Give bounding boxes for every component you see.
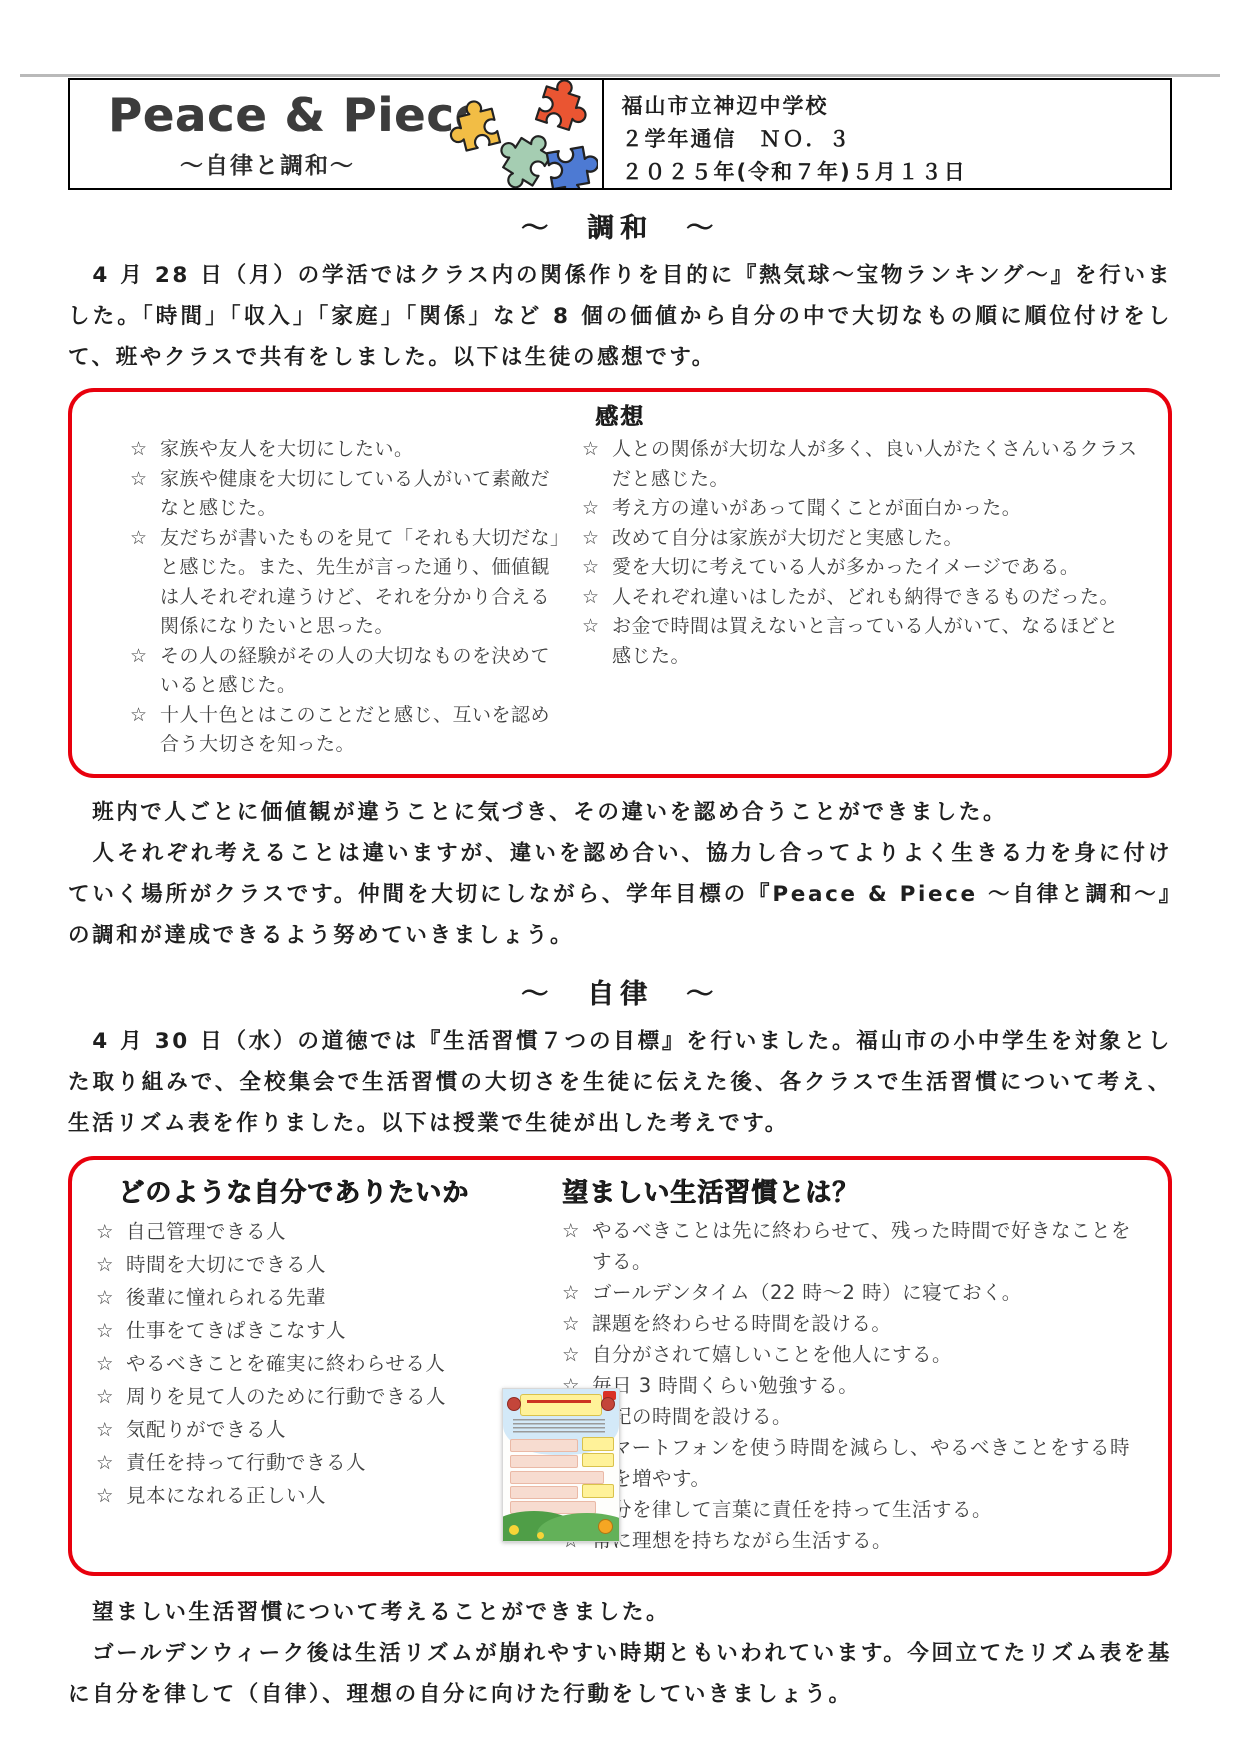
comment-text: やるべきことを確実に終わらせる人: [126, 1347, 516, 1380]
poster-flower: [509, 1525, 519, 1535]
issue-number: ２学年通信 ＮＯ．３: [622, 123, 1171, 156]
student-comment-item: ☆後輩に憧れられる先輩: [96, 1281, 516, 1314]
poster-goal-row: [510, 1439, 578, 1452]
poster-character-right: [601, 1397, 615, 1411]
poster-goal-row: [510, 1486, 578, 1499]
star-bullet-icon: ☆: [96, 1215, 126, 1248]
student-comment-item: ☆やるべきことは先に終わらせて、残った時間で好きなことをする。: [562, 1215, 1144, 1277]
star-bullet-icon: ☆: [582, 494, 612, 524]
issue-date: ２０２５年(令和７年)５月１３日: [622, 156, 1171, 189]
star-bullet-icon: ☆: [130, 701, 160, 731]
student-comment-item: ☆自分を律して言葉に責任を持って生活する。: [562, 1494, 1144, 1525]
comment-text: ゴールデンタイム（22 時～2 時）に寝ておく。: [592, 1277, 1144, 1308]
puzzle-piece-blue: [546, 145, 597, 188]
student-comment-item: ☆課題を終わらせる時間を設ける。: [562, 1308, 1144, 1339]
newsletter-title: Peace & Piece: [108, 88, 487, 142]
student-comment-item: ☆責任を持って行動できる人: [96, 1446, 516, 1479]
student-comment-item: ☆常に理想を持ちながら生活する。: [562, 1525, 1144, 1556]
puzzle-pieces-icon: [438, 80, 598, 188]
star-bullet-icon: ☆: [96, 1347, 126, 1380]
star-bullet-icon: ☆: [96, 1314, 126, 1347]
student-comment-item: ☆愛を大切に考えている人が多かったイメージである。: [582, 553, 1138, 583]
student-comment-item: ☆周りを見て人のために行動できる人: [96, 1380, 516, 1413]
puzzle-piece-yellow: [444, 98, 500, 154]
poster-bee-character: [598, 1519, 613, 1534]
poster-goal-row: [510, 1455, 578, 1468]
student-comment-item: ☆やるべきことを確実に終わらせる人: [96, 1347, 516, 1380]
student-comment-item: ☆家族や友人を大切にしたい。: [130, 435, 564, 465]
star-bullet-icon: ☆: [582, 553, 612, 583]
student-comment-item: ☆改めて自分は家族が大切だと実感した。: [582, 524, 1138, 554]
poster-title-banner: [520, 1394, 602, 1416]
comment-text: 自分がされて嬉しいことを他人にする。: [592, 1339, 1144, 1370]
ideal-self-heading: どのような自分でありたいか: [118, 1172, 516, 1209]
comment-text: 考え方の違いがあって聞くことが面白かった。: [612, 494, 1138, 524]
comment-text: 見本になれる正しい人: [126, 1479, 516, 1512]
star-bullet-icon: ☆: [96, 1446, 126, 1479]
comment-text: 仕事をてきぱきこなす人: [126, 1314, 516, 1347]
student-comment-item: ☆自分がされて嬉しいことを他人にする。: [562, 1339, 1144, 1370]
poster-title-text-line: [527, 1400, 591, 1403]
student-comment-item: ☆仕事をてきぱきこなす人: [96, 1314, 516, 1347]
student-comment-item: ☆ゴールデンタイム（22 時～2 時）に寝ておく。: [562, 1277, 1144, 1308]
comment-text: 後輩に憧れられる先輩: [126, 1281, 516, 1314]
student-comment-item: ☆家族や健康を大切にしている人がいて素敵だなと感じた。: [130, 465, 564, 524]
comment-text: 改めて自分は家族が大切だと実感した。: [612, 524, 1138, 554]
comment-text: 責任を持って行動できる人: [126, 1446, 516, 1479]
comment-text: 常に理想を持ちながら生活する。: [592, 1525, 1144, 1556]
comment-text: 周りを見て人のために行動できる人: [126, 1380, 516, 1413]
comment-text: 愛を大切に考えている人が多かったイメージである。: [612, 553, 1138, 583]
star-bullet-icon: ☆: [562, 1277, 592, 1308]
newsletter-header: Peace & Piece ～自律と調和～ 福山市立神辺中学校 ２学年通信 ＮＯ…: [68, 78, 1172, 190]
poster-callout: [582, 1453, 614, 1467]
harmony-closing-1: 班内で人ごとに価値観が違うことに気づき、その違いを認め合うことができました。: [68, 792, 1172, 833]
student-comment-item: ☆毎日 3 時間くらい勉強する。: [562, 1370, 1144, 1401]
poster-goal-row: [510, 1471, 604, 1484]
comment-text: 時間を大切にできる人: [126, 1248, 516, 1281]
star-bullet-icon: ☆: [582, 612, 612, 642]
comment-text: 人との関係が大切な人が多く、良い人がたくさんいるクラスだと感じた。: [612, 435, 1138, 494]
comment-text: 毎日 3 時間くらい勉強する。: [592, 1370, 1144, 1401]
star-bullet-icon: ☆: [96, 1248, 126, 1281]
feedback-box: 感想 ☆家族や友人を大切にしたい。☆家族や健康を大切にしている人がいて素敵だなと…: [68, 388, 1172, 778]
ideal-self-column: どのような自分でありたいか ☆自己管理できる人☆時間を大切にできる人☆後輩に憧れ…: [96, 1168, 516, 1556]
student-comment-item: ☆友だちが書いたものを見て「それも大切だな」と感じた。また、先生が言った通り、価…: [130, 524, 564, 642]
newsletter-motto: ～自律と調和～: [180, 147, 355, 180]
poster-flower: [537, 1532, 544, 1539]
star-bullet-icon: ☆: [130, 465, 160, 495]
feedback-box-title: 感想: [96, 398, 1144, 431]
student-comment-item: ☆スマートフォンを使う時間を減らし、やるべきことをする時間を増やす。: [562, 1432, 1144, 1494]
comment-text: 気配りができる人: [126, 1413, 516, 1446]
student-comment-item: ☆時間を大切にできる人: [96, 1248, 516, 1281]
habits-list: ☆やるべきことは先に終わらせて、残った時間で好きなことをする。☆ゴールデンタイム…: [562, 1215, 1144, 1556]
comment-text: やるべきことは先に終わらせて、残った時間で好きなことをする。: [592, 1215, 1144, 1277]
comment-text: 自己管理できる人: [126, 1215, 516, 1248]
autonomy-closing-1: 望ましい生活習慣について考えることができました。: [68, 1592, 1172, 1633]
harmony-closing-2: 人それぞれ考えることは違いますが、違いを認め合い、協力し合ってよりよく生きる力を…: [68, 833, 1172, 956]
star-bullet-icon: ☆: [96, 1380, 126, 1413]
poster-callout: [582, 1484, 614, 1498]
comment-text: その人の経験がその人の大切なものを決めていると感じた。: [160, 642, 564, 701]
star-bullet-icon: ☆: [582, 435, 612, 465]
star-bullet-icon: ☆: [562, 1215, 592, 1246]
star-bullet-icon: ☆: [562, 1308, 592, 1339]
student-comment-item: ☆人それぞれ違いはしたが、どれも納得できるものだった。: [582, 583, 1138, 613]
student-comment-item: ☆その人の経験がその人の大切なものを決めていると感じた。: [130, 642, 564, 701]
comment-text: スマートフォンを使う時間を減らし、やるべきことをする時間を増やす。: [592, 1432, 1144, 1494]
ideal-self-list: ☆自己管理できる人☆時間を大切にできる人☆後輩に憧れられる先輩☆仕事をてきぱきこ…: [96, 1215, 516, 1512]
student-comment-item: ☆見本になれる正しい人: [96, 1479, 516, 1512]
comment-text: 課題を終わらせる時間を設ける。: [592, 1308, 1144, 1339]
harmony-intro-paragraph: 4 月 28 日（月）の学活ではクラス内の関係作りを目的に『熱気球～宝物ランキン…: [68, 255, 1172, 378]
star-bullet-icon: ☆: [582, 583, 612, 613]
student-comment-item: ☆考え方の違いがあって聞くことが面白かった。: [582, 494, 1138, 524]
student-comment-item: ☆気配りができる人: [96, 1413, 516, 1446]
autonomy-section-heading: ～ 自律 ～: [68, 972, 1172, 1011]
comment-text: 家族や友人を大切にしたい。: [160, 435, 564, 465]
star-bullet-icon: ☆: [96, 1281, 126, 1314]
star-bullet-icon: ☆: [130, 642, 160, 672]
comment-text: 人それぞれ違いはしたが、どれも納得できるものだった。: [612, 583, 1138, 613]
star-bullet-icon: ☆: [130, 435, 160, 465]
feedback-list-left: ☆家族や友人を大切にしたい。☆家族や健康を大切にしている人がいて素敵だなと感じた…: [96, 435, 564, 760]
comment-text: 友だちが書いたものを見て「それも大切だな」と感じた。また、先生が言った通り、価値…: [160, 524, 564, 642]
school-name: 福山市立神辺中学校: [622, 90, 1171, 123]
comment-text: 家族や健康を大切にしている人がいて素敵だなと感じた。: [160, 465, 564, 524]
star-bullet-icon: ☆: [562, 1339, 592, 1370]
header-info-cell: 福山市立神辺中学校 ２学年通信 ＮＯ．３ ２０２５年(令和７年)５月１３日: [604, 80, 1171, 188]
comment-text: お金で時間は買えないと言っている人がいて、なるほどと感じた。: [612, 612, 1138, 671]
life-habits-box: どのような自分でありたいか ☆自己管理できる人☆時間を大切にできる人☆後輩に憧れ…: [68, 1156, 1172, 1576]
student-comment-item: ☆自己管理できる人: [96, 1215, 516, 1248]
student-comment-item: ☆お金で時間は買えないと言っている人がいて、なるほどと感じた。: [582, 612, 1138, 671]
autonomy-closing-2: ゴールデンウィーク後は生活リズムが崩れやすい時期ともいわれています。今回立てたリ…: [68, 1633, 1172, 1715]
poster-callout: [582, 1437, 614, 1451]
star-bullet-icon: ☆: [130, 524, 160, 554]
student-comment-item: ☆十人十色とはこのことだと感じ、互いを認め合う大切さを知った。: [130, 701, 564, 760]
newsletter-page: Peace & Piece ～自律と調和～ 福山市立神辺中学校 ２学年通信 ＮＯ…: [0, 0, 1240, 1755]
star-bullet-icon: ☆: [96, 1413, 126, 1446]
poster-character-left: [507, 1397, 521, 1411]
comment-text: 十人十色とはこのことだと感じ、互いを認め合う大切さを知った。: [160, 701, 564, 760]
poster-intro-text-block: [513, 1419, 605, 1433]
autonomy-intro-paragraph: 4 月 30 日（水）の道徳では『生活習慣７つの目標』を行いました。福山市の小中…: [68, 1021, 1172, 1144]
feedback-list-right: ☆人との関係が大切な人が多く、良い人がたくさんいるクラスだと感じた。☆考え方の違…: [582, 435, 1144, 760]
rhythm-chart-thumbnail: [502, 1388, 620, 1542]
header-logo-cell: Peace & Piece ～自律と調和～: [70, 80, 604, 188]
star-bullet-icon: ☆: [582, 524, 612, 554]
harmony-section-heading: ～ 調和 ～: [68, 206, 1172, 245]
star-bullet-icon: ☆: [96, 1479, 126, 1512]
comment-text: 暗記の時間を設ける。: [592, 1401, 1144, 1432]
puzzle-piece-red: [536, 80, 594, 133]
habits-heading: 望ましい生活習慣とは？: [562, 1172, 1144, 1209]
comment-text: 自分を律して言葉に責任を持って生活する。: [592, 1494, 1144, 1525]
scan-artifact-line: [20, 74, 1220, 77]
student-comment-item: ☆人との関係が大切な人が多く、良い人がたくさんいるクラスだと感じた。: [582, 435, 1138, 494]
student-comment-item: ☆暗記の時間を設ける。: [562, 1401, 1144, 1432]
